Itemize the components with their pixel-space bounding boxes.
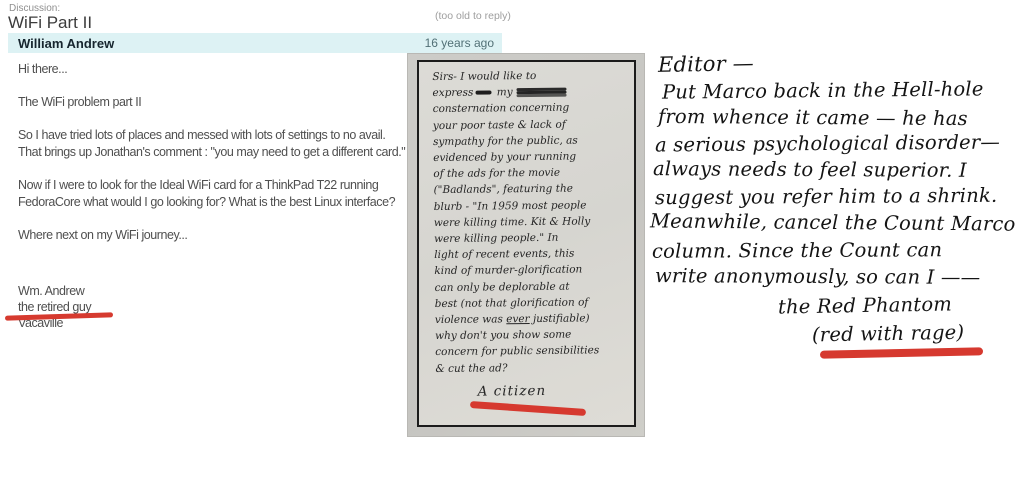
handwriting-line: a serious psychological disorder— bbox=[655, 130, 1000, 156]
red-marker-underline bbox=[820, 347, 983, 358]
handwriting-line: write anonymously, so can I —— bbox=[655, 264, 980, 289]
letter-word: express bbox=[432, 87, 473, 99]
ink-blot bbox=[475, 91, 491, 95]
handwriting-line: suggest you refer him to a shrink. bbox=[655, 184, 998, 209]
handwriting-line: Put Marco back in the Hell-hole bbox=[662, 77, 984, 103]
page: Discussion: WiFi Part II (too old to rep… bbox=[0, 0, 1024, 480]
too-old-to-reply-note: (too old to reply) bbox=[435, 10, 511, 22]
paragraph: Hi there... bbox=[18, 61, 407, 78]
handwriting-line: (red with rage) bbox=[812, 321, 965, 347]
handwriting-line: Meanwhile, cancel the Count Marco bbox=[650, 209, 1016, 235]
letter-paper: Sirs- I would like to express my conster… bbox=[417, 60, 636, 427]
signature-block: Wm. Andrew the retired guy Vacaville bbox=[18, 283, 407, 331]
body-line: The WiFi problem part II bbox=[18, 94, 407, 111]
page-title: WiFi Part II bbox=[8, 13, 92, 33]
post-timestamp-link[interactable]: 16 years ago bbox=[425, 36, 494, 50]
handwriting-line: column. Since the Count can bbox=[652, 238, 942, 263]
body-line: FedoraCore what would I go looking for? … bbox=[18, 194, 407, 211]
author-link[interactable]: William Andrew bbox=[18, 36, 114, 51]
letter-word: violence was bbox=[435, 313, 506, 326]
letter-word: my bbox=[497, 86, 513, 98]
handwriting-line: always needs to feel superior. I bbox=[653, 157, 967, 182]
paragraph: Now if I were to look for the Ideal WiFi… bbox=[18, 177, 407, 211]
paragraph: The WiFi problem part II bbox=[18, 94, 407, 111]
scanned-letter-photo: Sirs- I would like to express my conster… bbox=[407, 53, 645, 437]
body-line: Now if I were to look for the Ideal WiFi… bbox=[18, 177, 407, 194]
handwriting-line: from whence it came — he has bbox=[658, 105, 968, 130]
underlined-word: ever bbox=[506, 313, 530, 325]
paragraph: So I have tried lots of places and messe… bbox=[18, 127, 407, 161]
body-line: Where next on my WiFi journey... bbox=[18, 227, 407, 244]
editor-note-handwriting: Editor — Put Marco back in the Hell-hole… bbox=[650, 0, 1024, 480]
post-body: Hi there... The WiFi problem part II So … bbox=[18, 61, 407, 331]
letter-word: justifiable) bbox=[530, 312, 590, 325]
handwriting-line: Editor — bbox=[658, 51, 754, 77]
post-header-row[interactable]: William Andrew 16 years ago bbox=[8, 33, 502, 53]
letter-handwriting: Sirs- I would like to express my conster… bbox=[432, 67, 633, 400]
crossed-out-word bbox=[517, 90, 567, 94]
letter-signature: A citizen bbox=[478, 382, 634, 400]
letter-line: & cut the ad? bbox=[435, 359, 633, 377]
body-line: So I have tried lots of places and messe… bbox=[18, 127, 407, 144]
body-line: That brings up Jonathan's comment : "you… bbox=[18, 144, 407, 161]
signature-name: Wm. Andrew bbox=[18, 283, 407, 299]
handwriting-line: the Red Phantom bbox=[778, 292, 952, 318]
paragraph: Where next on my WiFi journey... bbox=[18, 227, 407, 244]
body-line: Hi there... bbox=[18, 61, 407, 78]
